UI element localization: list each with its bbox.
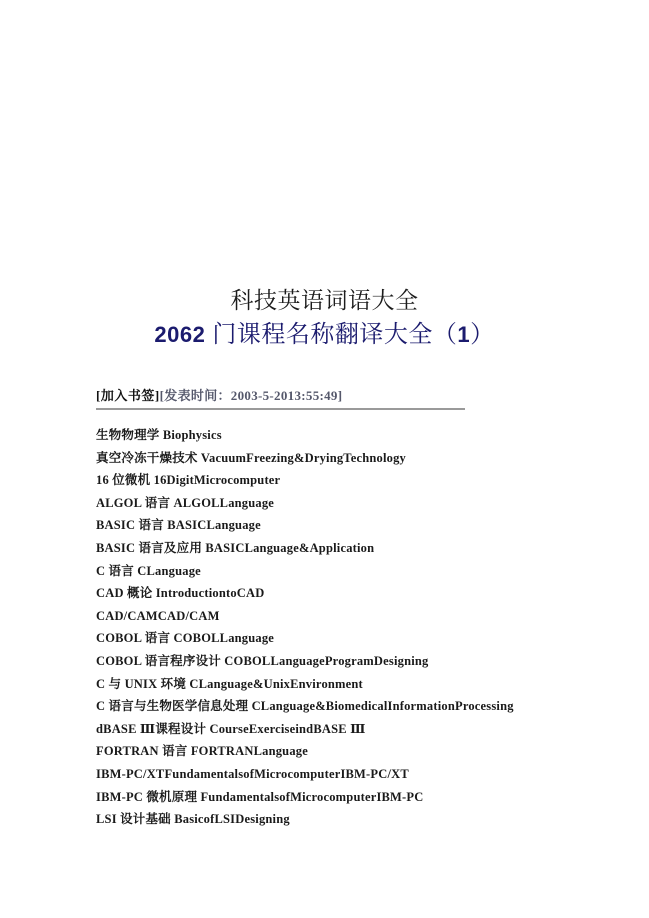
subtitle-part-number: 1 bbox=[457, 322, 470, 347]
course-entry: COBOL 语言程序设计 COBOLLanguageProgramDesigni… bbox=[96, 650, 616, 673]
course-entry: COBOL 语言 COBOLLanguage bbox=[96, 627, 616, 650]
course-entry: 生物物理学 Biophysics bbox=[96, 424, 616, 447]
course-entry: 16 位微机 16DigitMicrocomputer bbox=[96, 469, 616, 492]
course-entry: CAD 概论 IntroductiontoCAD bbox=[96, 582, 616, 605]
page-title: 科技英语词语大全 bbox=[0, 286, 649, 316]
course-entry: ALGOL 语言 ALGOLLanguage bbox=[96, 492, 616, 515]
add-bookmark-link[interactable]: [加入书签] bbox=[96, 388, 160, 403]
course-entry: BASIC 语言及应用 BASICLanguage&Application bbox=[96, 537, 616, 560]
course-entry: LSI 设计基础 BasicofLSIDesigning bbox=[96, 808, 616, 831]
subtitle-text: 门课程名称翻译大全 bbox=[212, 322, 433, 348]
course-entry: 真空冷冻干燥技术 VacuumFreezing&DryingTechnology bbox=[96, 447, 616, 470]
subtitle-course-count: 2062 bbox=[154, 322, 205, 347]
subtitle-open-paren: （ bbox=[433, 322, 458, 348]
meta-row: [加入书签][发表时间：2003-5-2013:55:49] bbox=[96, 385, 465, 410]
course-entry: C 语言与生物医学信息处理 CLanguage&BiomedicalInform… bbox=[96, 695, 616, 718]
doc-header: 科技英语词语大全 2062门课程名称翻译大全（1） bbox=[0, 286, 649, 351]
course-entry: IBM-PC 微机原理 FundamentalsofMicrocomputerI… bbox=[96, 786, 616, 809]
course-entry: CAD/CAMCAD/CAM bbox=[96, 605, 616, 628]
course-entry: FORTRAN 语言 FORTRANLanguage bbox=[96, 740, 616, 763]
subtitle-close-paren: ） bbox=[470, 322, 495, 348]
document-page: 科技英语词语大全 2062门课程名称翻译大全（1） [加入书签][发表时间：20… bbox=[0, 0, 649, 918]
page-subtitle: 2062门课程名称翻译大全（1） bbox=[0, 319, 649, 351]
course-list: 生物物理学 Biophysics 真空冷冻干燥技术 VacuumFreezing… bbox=[96, 424, 616, 831]
course-entry: C 与 UNIX 环境 CLanguage&UnixEnvironment bbox=[96, 673, 616, 696]
course-entry: BASIC 语言 BASICLanguage bbox=[96, 514, 616, 537]
course-entry: C 语言 CLanguage bbox=[96, 560, 616, 583]
publish-time-label: [发表时间：2003-5-2013:55:49] bbox=[160, 388, 343, 403]
course-entry: dBASE Ⅲ课程设计 CourseExerciseindBASE Ⅲ bbox=[96, 718, 616, 741]
course-entry: IBM-PC/XTFundamentalsofMicrocomputerIBM-… bbox=[96, 763, 616, 786]
